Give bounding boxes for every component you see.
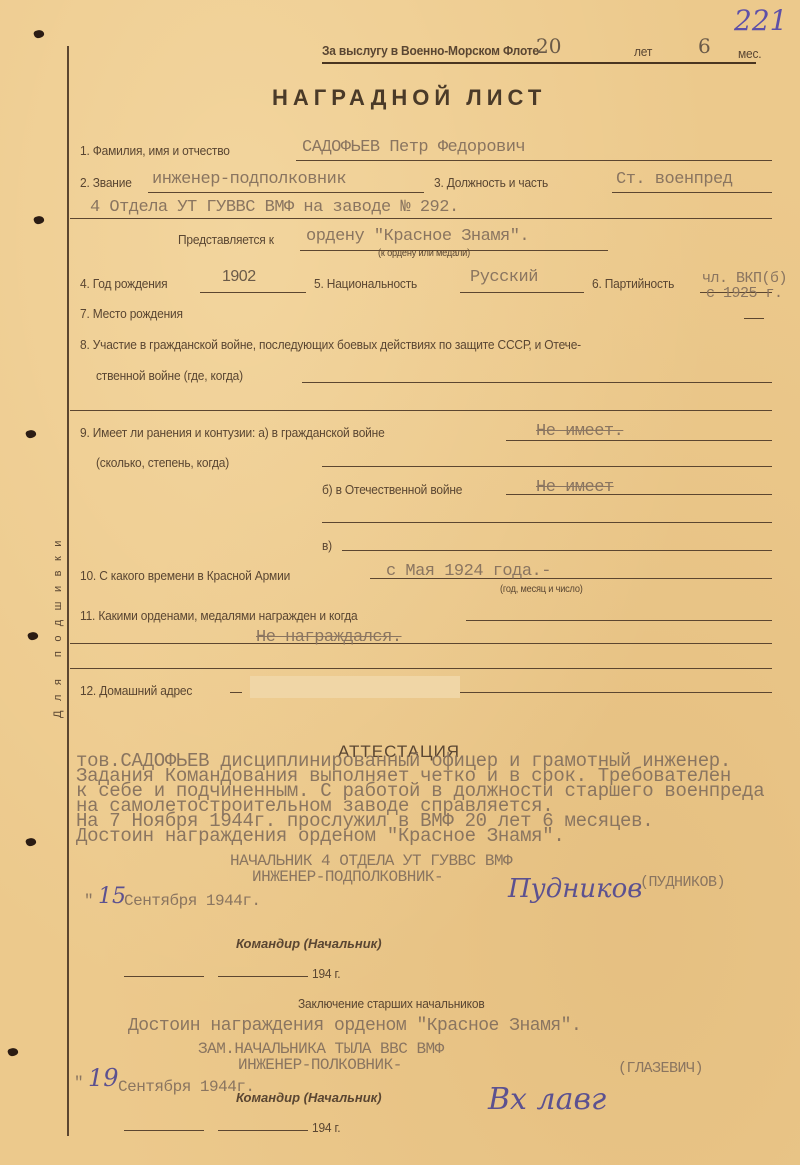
punch-hole bbox=[32, 214, 46, 226]
field-3-value: Ст. военпред bbox=[616, 170, 732, 189]
conclusion-date-rest: Сентября 1944г. bbox=[118, 1078, 255, 1096]
field-9b-label: б) в Отечественной войне bbox=[322, 482, 462, 497]
field-3-value-cont: 4 Отдела УТ ГУВВС ВМФ на заводе № 292. bbox=[90, 198, 459, 217]
conclusion-blank-date-line-2 bbox=[218, 1130, 308, 1131]
field-6-label: 6. Партийность bbox=[592, 276, 674, 291]
field-8-label: 8. Участие в гражданской войне, последую… bbox=[80, 337, 581, 352]
attestation-date-day: 15 bbox=[98, 884, 126, 909]
field-12-dash bbox=[230, 692, 242, 693]
attestation-signer-name: (ПУДНИКОВ) bbox=[640, 874, 725, 891]
field-2-value: инженер-подполковник bbox=[152, 170, 346, 189]
punch-hole bbox=[6, 1046, 20, 1058]
service-years-value: 20 bbox=[536, 34, 561, 58]
punch-hole bbox=[26, 630, 40, 642]
service-years-label: лет bbox=[634, 44, 652, 59]
field-11-line bbox=[466, 620, 772, 621]
presented-hint: (к ордену или медали) bbox=[378, 248, 470, 259]
field-11-label: 11. Какими орденами, медалями награжден … bbox=[80, 608, 358, 623]
field-11-value: Не награждался. bbox=[256, 628, 402, 647]
field-11-line-3 bbox=[70, 668, 772, 669]
field-10-value: с Мая 1924 года.- bbox=[386, 562, 551, 581]
service-header-underline bbox=[322, 62, 756, 64]
redacted-address bbox=[250, 676, 460, 698]
field-10-label: 10. С какого времени в Красной Армии bbox=[80, 568, 290, 583]
attestation-text: тов.САДОФЬЕВ дисциплинированный офицер и… bbox=[76, 754, 764, 844]
field-3-line bbox=[612, 192, 772, 193]
conclusion-signature: Вх лавг bbox=[488, 1082, 606, 1117]
field-5-value: Русский bbox=[470, 268, 538, 287]
conclusion-signer-name: (ГЛАЗЕВИЧ) bbox=[618, 1060, 703, 1077]
field-7-label: 7. Место рождения bbox=[80, 306, 183, 321]
field-7-dash bbox=[744, 318, 764, 319]
attestation-signature: Пудников bbox=[508, 874, 642, 904]
field-8-line bbox=[302, 382, 772, 383]
field-1-line bbox=[296, 160, 772, 161]
field-9a-value: Не имеет. bbox=[536, 422, 623, 441]
field-2-line bbox=[148, 192, 424, 193]
field-9b-line-2 bbox=[322, 522, 772, 523]
punch-hole bbox=[24, 428, 38, 440]
field-1-label: 1. Фамилия, имя и отчество bbox=[80, 143, 230, 158]
conclusion-heading: Заключение старших начальников bbox=[298, 996, 485, 1011]
conclusion-date-day: 19 bbox=[88, 1064, 119, 1092]
service-months-label: мес. bbox=[738, 46, 761, 61]
field-4-line bbox=[200, 292, 306, 293]
field-9-sub-label: (сколько, степень, когда) bbox=[96, 455, 229, 470]
document-title: НАГРАДНОЙ ЛИСТ bbox=[272, 85, 546, 111]
conclusion-blank-date-line-1 bbox=[124, 1130, 204, 1131]
conclusion-role-label: Командир (Начальник) bbox=[236, 1090, 382, 1105]
field-2-label: 2. Звание bbox=[80, 175, 132, 190]
presented-label: Представляется к bbox=[178, 232, 274, 247]
conclusion-signer-title-2: ИНЖЕНЕР-ПОЛКОВНИК- bbox=[238, 1056, 402, 1074]
conclusion-blank-date-suffix: 194 г. bbox=[312, 1120, 340, 1135]
presented-value: ордену "Красное Знамя". bbox=[306, 227, 529, 246]
field-6-value-cont: с 1925 г. bbox=[706, 285, 783, 302]
field-9b-value: Не имеет bbox=[536, 478, 614, 497]
punch-hole bbox=[32, 28, 46, 40]
conclusion-date-quote: " bbox=[74, 1074, 83, 1092]
field-5-line bbox=[460, 292, 584, 293]
field-9a-line-2 bbox=[322, 466, 772, 467]
field-3-line-cont bbox=[70, 218, 772, 219]
binding-label: Для подшивки bbox=[48, 470, 70, 720]
field-10-hint: (год, месяц и число) bbox=[500, 584, 583, 595]
field-3-label: 3. Должность и часть bbox=[434, 175, 548, 190]
attestation-blank-date-line-2 bbox=[218, 976, 308, 977]
field-5-label: 5. Национальность bbox=[314, 276, 417, 291]
field-11-line-2 bbox=[70, 643, 772, 644]
punch-hole bbox=[24, 836, 38, 848]
service-header-label: За выслугу в Военно-Морском Флоте bbox=[322, 43, 539, 58]
service-months-value: 6 bbox=[698, 34, 711, 58]
attestation-blank-date-suffix: 194 г. bbox=[312, 966, 340, 981]
field-9c-label: в) bbox=[322, 538, 332, 553]
attestation-date-quote: " bbox=[84, 892, 93, 910]
conclusion-text: Достоин награждения орденом "Красное Зна… bbox=[128, 1016, 581, 1036]
field-9-label: 9. Имеет ли ранения и контузии: а) в гра… bbox=[80, 425, 385, 440]
field-12-label: 12. Домашний адрес bbox=[80, 683, 192, 698]
field-4-label: 4. Год рождения bbox=[80, 276, 167, 291]
attestation-blank-date-line-1 bbox=[124, 976, 204, 977]
field-1-value: САДОФЬЕВ Петр Федорович bbox=[302, 138, 525, 157]
field-8-label-cont: ственной войне (где, когда) bbox=[96, 368, 243, 383]
field-4-value: 1902 bbox=[222, 268, 256, 286]
attestation-role-label: Командир (Начальник) bbox=[236, 936, 382, 951]
attestation-line: Достоин награждения орденом "Красное Зна… bbox=[76, 829, 764, 844]
attestation-signer-title-2: ИНЖЕНЕР-ПОДПОЛКОВНИК- bbox=[252, 868, 443, 886]
folio-number: 221 bbox=[734, 4, 787, 37]
field-8-line-2 bbox=[70, 410, 772, 411]
attestation-date-rest: Сентября 1944г. bbox=[124, 892, 261, 910]
field-9c-line bbox=[342, 550, 772, 551]
